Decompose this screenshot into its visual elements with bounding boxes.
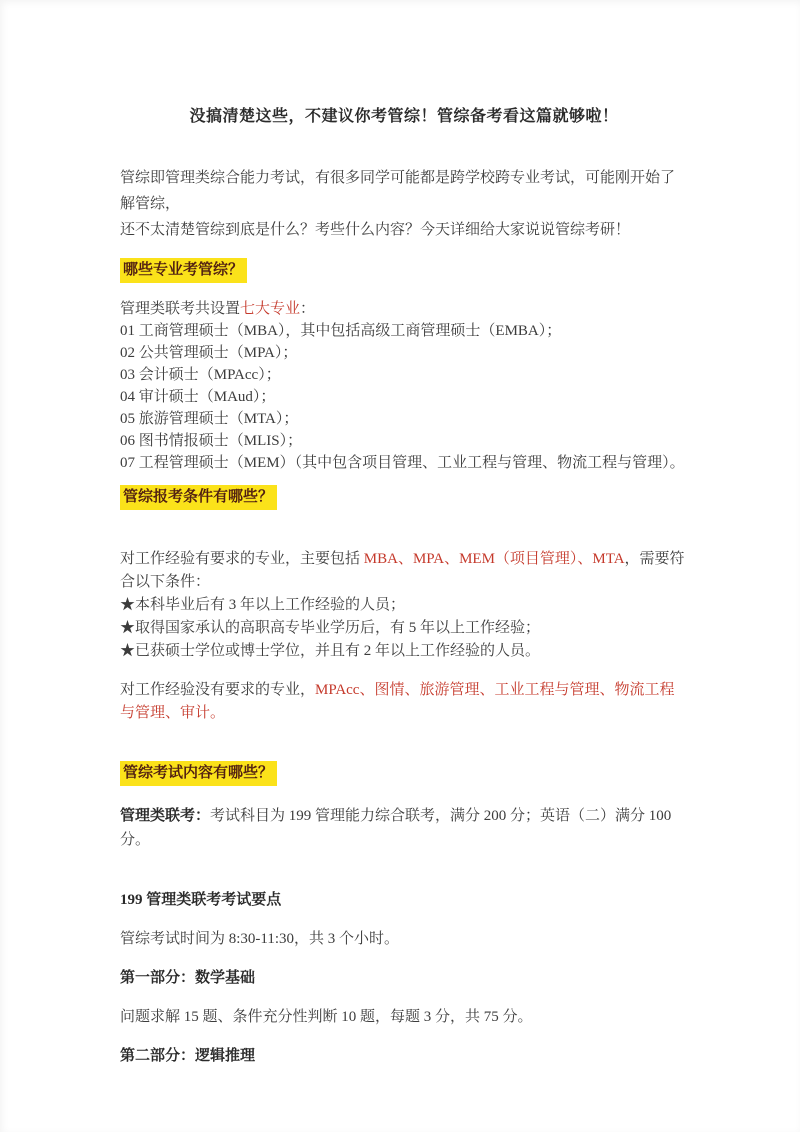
majors-list: 01 工商管理硕士（MBA），其中包括高级工商管理硕士（EMBA）； 02 公共… (120, 320, 688, 474)
part1-heading: 第一部分：数学基础 (120, 966, 688, 990)
majors-lead-prefix: 管理类联考共设置 (120, 301, 240, 317)
exam-points-title: 199 管理类联考考试要点 (120, 888, 688, 912)
major-item-7: 07 工程管理硕士（MEM）（其中包含项目管理、工业工程与管理、物流工程与管理）… (120, 452, 688, 474)
document-content: 没搞清楚这些，不建议你考管综！管综备考看这篇就够啦！ 管综即管理类综合能力考试，… (0, 0, 800, 1068)
majors-lead-line: 管理类联考共设置七大专业： (120, 298, 688, 320)
with-exp-prefix: 对工作经验有要求的专业，主要包括 (120, 551, 364, 567)
major-item-5: 05 旅游管理硕士（MTA）； (120, 408, 688, 430)
condition-item-3: ★已获硕士学位或博士学位，并且有 2 年以上工作经验的人员。 (120, 640, 688, 663)
part1-title: 数学基础 (195, 970, 255, 986)
major-item-4: 04 审计硕士（MAud）； (120, 386, 688, 408)
major-item-1: 01 工商管理硕士（MBA），其中包括高级工商管理硕士（EMBA）； (120, 320, 688, 342)
intro-line-2: 还不太清楚管综到底是什么？考些什么内容？今天详细给大家说说管综考研！ (120, 222, 630, 238)
majors-lead-accent: 七大专业 (240, 301, 300, 317)
section-exam-content: 管综考试内容有哪些？ (120, 761, 688, 786)
exam-label: 管理类联考： (120, 808, 210, 824)
section-heading-majors: 哪些专业考管综？ (120, 258, 247, 283)
condition-item-1: ★本科毕业后有 3 年以上工作经验的人员； (120, 594, 688, 617)
page-title: 没搞清楚这些，不建议你考管综！管综备考看这篇就够啦！ (120, 103, 688, 126)
major-item-6: 06 图书情报硕士（MLIS）； (120, 430, 688, 452)
with-experience-paragraph: 对工作经验有要求的专业，主要包括 MBA、MPA、MEM（项目管理）、MTA，需… (120, 548, 688, 594)
document-page: 没搞清楚这些，不建议你考管综！管综备考看这篇就够啦！ 管综即管理类综合能力考试，… (0, 0, 800, 1132)
section-heading-requirements: 管综报考条件有哪些？ (120, 485, 277, 510)
part2-title: 逻辑推理 (195, 1048, 255, 1064)
conditions-list: ★本科毕业后有 3 年以上工作经验的人员； ★取得国家承认的高职高专毕业学历后，… (120, 594, 688, 663)
intro-paragraph: 管综即管理类综合能力考试，有很多同学可能都是跨学校跨专业考试，可能刚开始了解管综… (120, 165, 688, 243)
with-exp-accent: MBA、MPA、MEM（项目管理）、MTA (364, 551, 625, 567)
section-heading-exam-content: 管综考试内容有哪些？ (120, 761, 277, 786)
exam-time-line: 管综考试时间为 8:30-11:30，共 3 个小时。 (120, 927, 688, 951)
major-item-2: 02 公共管理硕士（MPA）； (120, 342, 688, 364)
major-item-3: 03 会计硕士（MPAcc）； (120, 364, 688, 386)
part2-heading: 第二部分：逻辑推理 (120, 1044, 688, 1068)
part1-detail: 问题求解 15 题、条件充分性判断 10 题，每题 3 分，共 75 分。 (120, 1005, 688, 1029)
part2-label: 第二部分： (120, 1048, 195, 1064)
condition-item-2: ★取得国家承认的高职高专毕业学历后，有 5 年以上工作经验； (120, 617, 688, 640)
without-exp-prefix: 对工作经验没有要求的专业， (120, 682, 315, 698)
exam-subjects-line: 管理类联考：考试科目为 199 管理能力综合联考，满分 200 分；英语（二）满… (120, 804, 688, 852)
majors-lead-colon: ： (300, 301, 315, 317)
section-majors: 哪些专业考管综？ (120, 258, 688, 283)
intro-line-1: 管综即管理类综合能力考试，有很多同学可能都是跨学校跨专业考试，可能刚开始了解管综… (120, 170, 675, 212)
without-experience-paragraph: 对工作经验没有要求的专业，MPAcc、图情、旅游管理、工业工程与管理、物流工程与… (120, 679, 688, 725)
part1-label: 第一部分： (120, 970, 195, 986)
section-requirements: 管综报考条件有哪些？ (120, 485, 688, 510)
